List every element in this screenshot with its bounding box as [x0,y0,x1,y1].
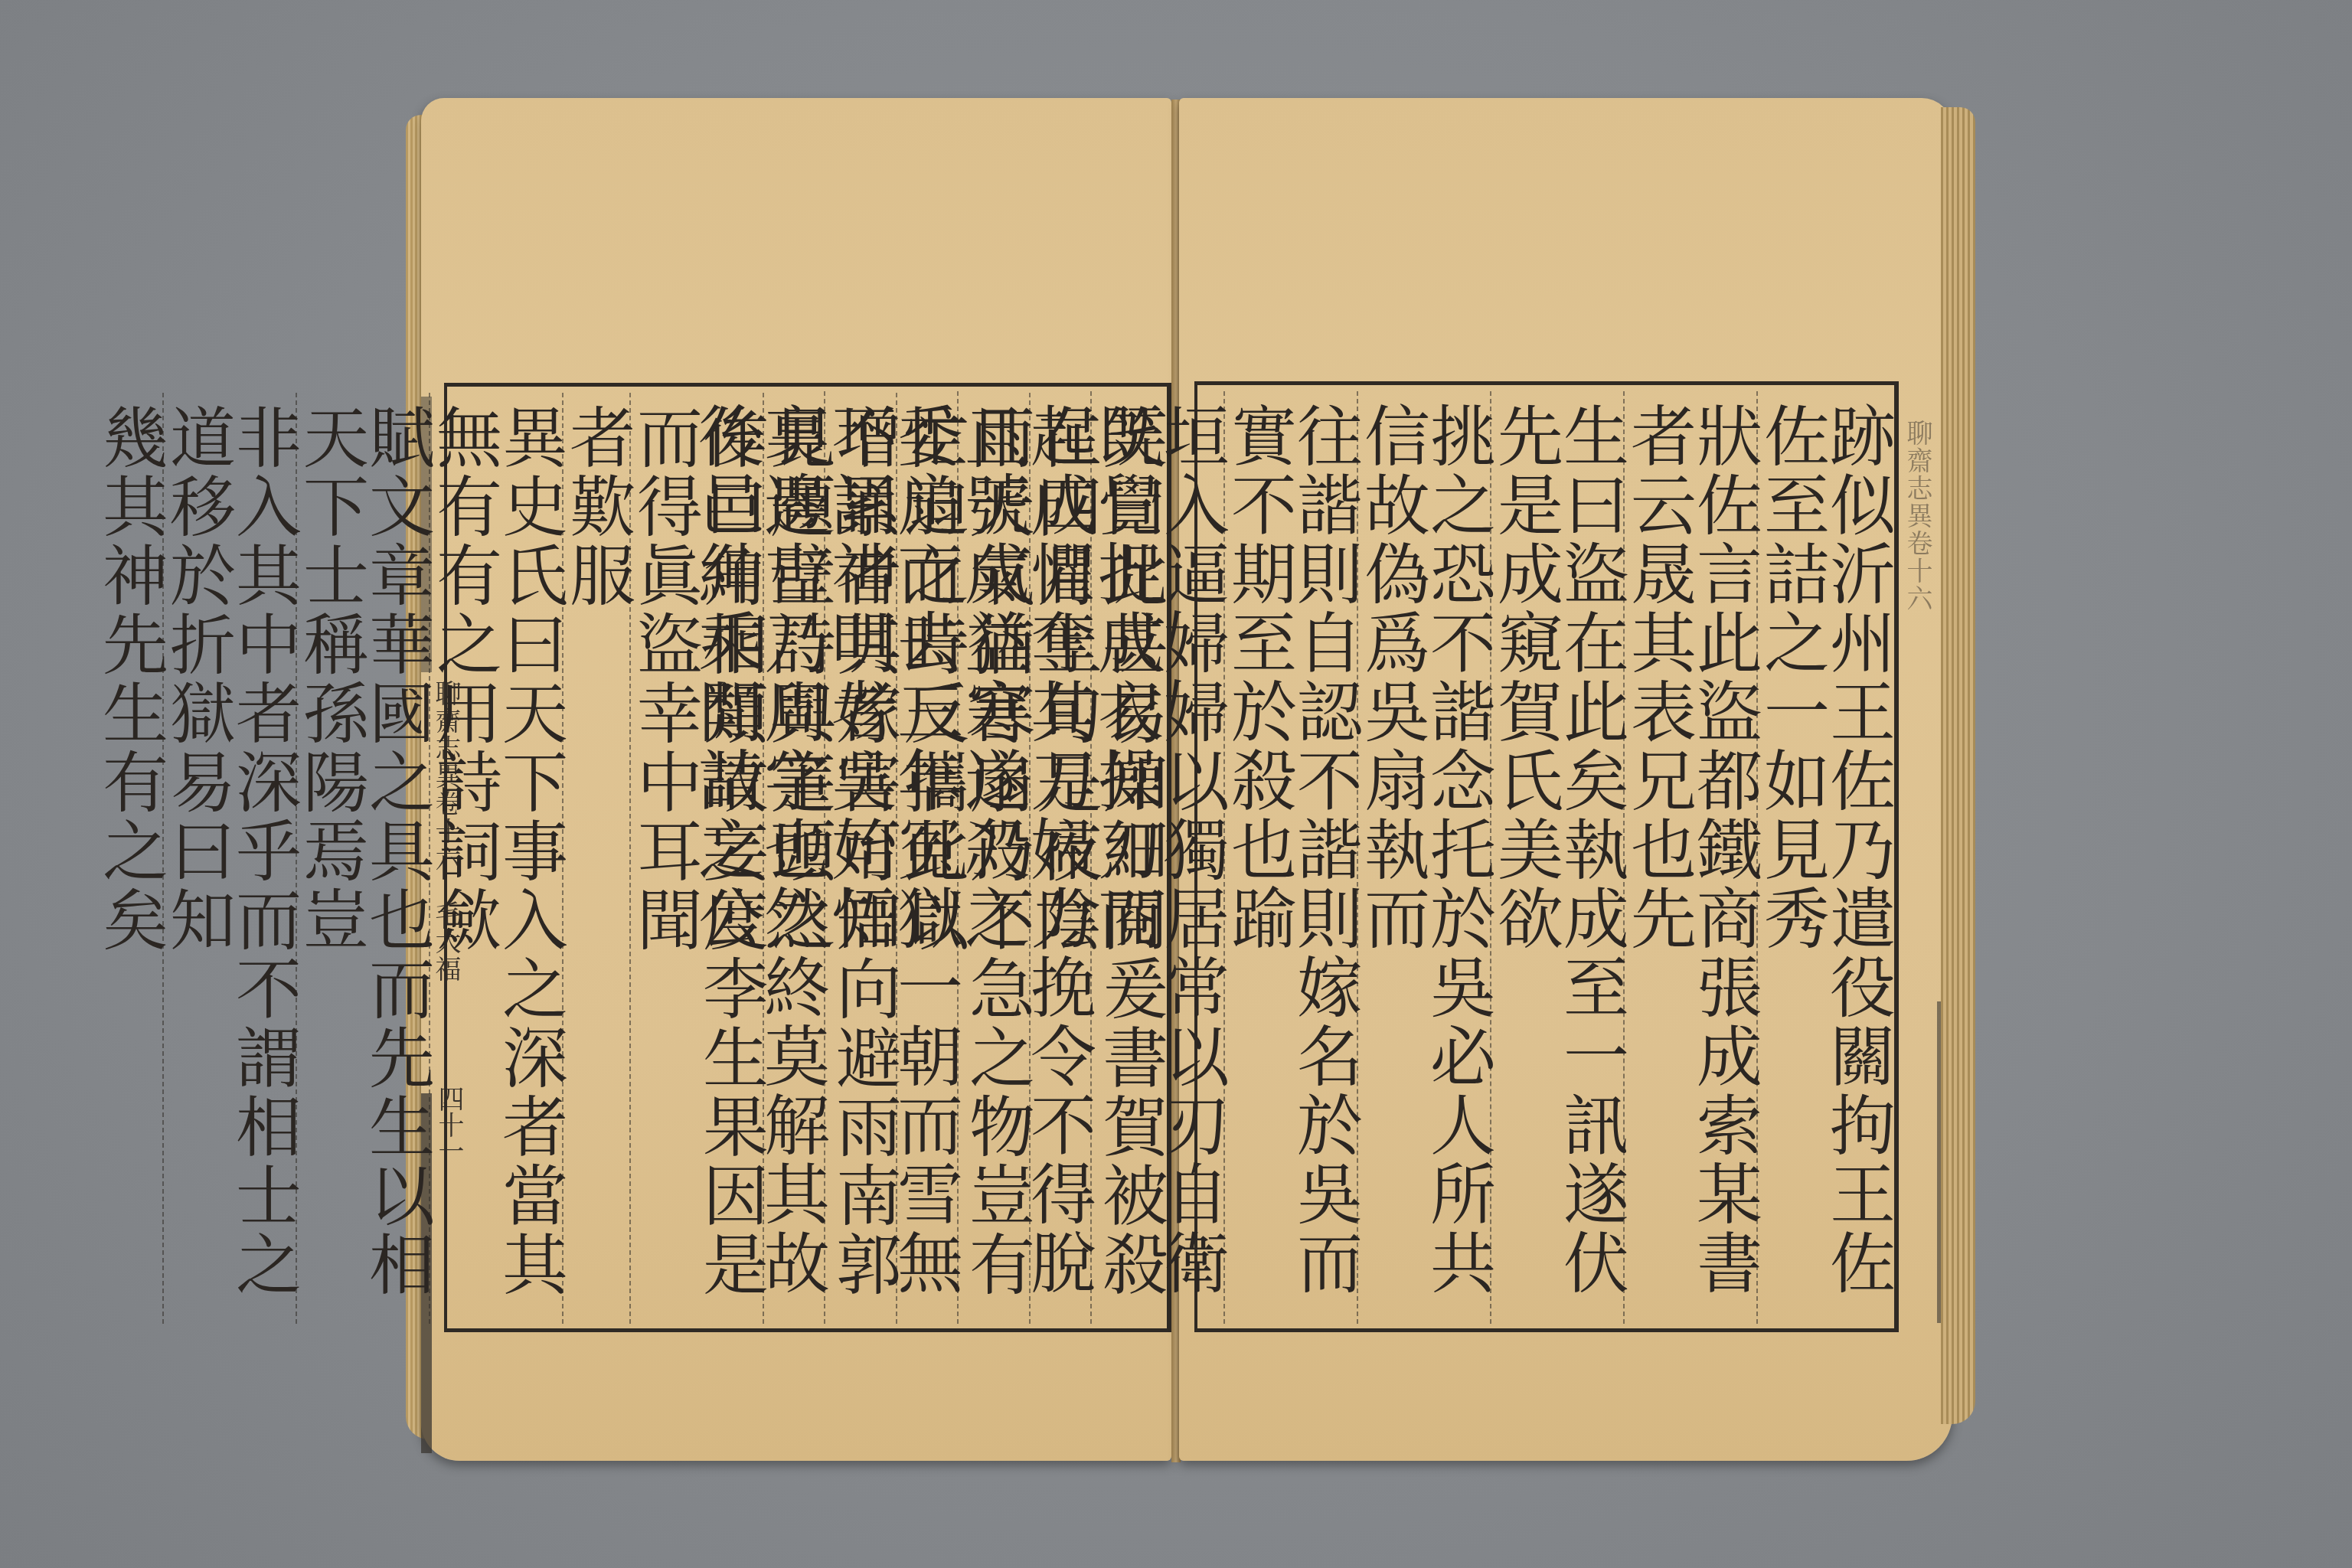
text-column: 裏邊吉乃周字也然終莫解其故後邑紳乘閒請之公 [692,391,824,1324]
text-column: 起成懼奪其刀婦力挽令不得脫且號成益窘遂殺之 [957,391,1090,1324]
text-column: 挑之恐不諧念托於吳必人所共信故偽爲吳扇執而 [1357,391,1490,1324]
right-text-columns: 跡似沂州王佐乃遣役關拘王佐佐至詰之一如見秀 狀佐言此盜都鐵商張成索某書者云晟其表… [1202,391,1890,1324]
text-column: 跡似沂州王佐乃遣役關拘王佐佐至詰之一如見秀 [1756,391,1890,1324]
right-page-stack-edge [1941,107,1975,1424]
text-column: 狀佐言此盜都鐵商張成索某書者云晟其表兄也先 [1623,391,1756,1324]
text-column: 者歎服 [562,393,629,1324]
text-column: 垣入逼婦婦以獨居常以刃自衛既覺捉成衣操刀而 [1090,391,1223,1324]
text-column: 往諧則自認不諧則嫁名於吳而實不期至於殺也踰 [1223,391,1357,1324]
right-text-frame: 跡似沂州王佐乃遣役關拘王佐佐至詰之一如見秀 狀佐言此盜都鐵商張成索某書者云晟其表… [1194,381,1899,1332]
text-column: 生曰盜在此矣執成至一訊遂伏先是成窺賀氏美欲 [1490,391,1623,1324]
text-column: 幾其神先生有之矣 [96,393,162,1324]
text-column: 賦文章華國之具也而先生以相天下士稱孫陽焉豈 [296,393,429,1324]
open-book: 聊齋志異卷十六 毛大福 四十一 笑曰此甚易知細閱爰書賀被殺在四月上旬是夜陰 雨天… [406,92,1983,1470]
text-column: 非入其中者深乎而不謂相士之道移於折獄易曰知 [162,393,296,1324]
right-fold-margin-title: 聊齋志異卷十六 [1899,420,1936,612]
right-page: 跡似沂州王佐乃遣役關拘王佐佐至詰之一如見秀 狀佐言此盜都鐵商張成索某書者云晟其表… [1179,98,1952,1461]
text-column: 委扇而去三年冤獄一朝而雪無不誦神明者吳始悟 [824,391,957,1324]
text-column: 異史氏曰天下事入之深者當其無有有之用詩詞歛 [429,393,562,1324]
